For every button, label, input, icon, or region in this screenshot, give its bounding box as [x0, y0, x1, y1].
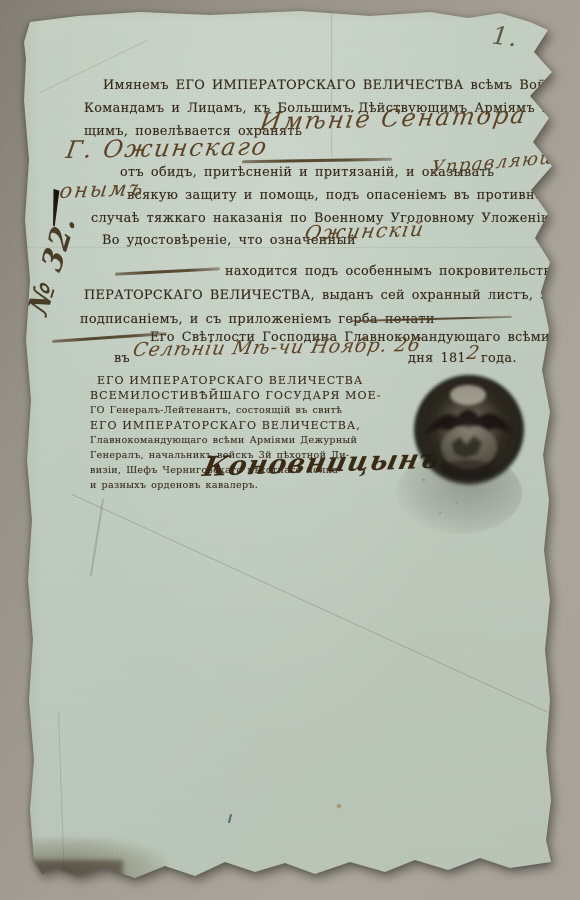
pencil-page-number: 1.	[490, 21, 519, 53]
crease-bottom-left	[58, 712, 66, 884]
stain-rust-dot	[336, 803, 342, 809]
printed-line-1: Имянемъ ЕГО ИМПЕРАТОРСКАГО ВЕЛИЧЕСТВА вс…	[103, 78, 580, 93]
stain-teal-fleck	[228, 814, 232, 823]
handwritten-year-digit: 2	[465, 342, 481, 364]
printed-line-9: ПЕРАТОРСКАГО ВЕЛИЧЕСТВА, выданъ сей охра…	[84, 288, 580, 303]
printed-date-prefix: въ	[114, 351, 130, 366]
crease-left-fold	[90, 498, 104, 575]
issuer-line-3: ГО Генералъ-Лейтенантъ, состоящiй въ сви…	[90, 405, 342, 416]
printed-line-8: находится подъ особеннымъ покровительств…	[225, 264, 580, 279]
handwritten-onym: онымъ	[58, 176, 146, 203]
stain-bottom-corner	[28, 860, 123, 878]
paper-shadow-wrap: 1. № 32. Имянемъ ЕГО ИМПЕРАТОРСКАГО ВЕЛИ…	[0, 0, 580, 900]
margin-register-number: № 32.	[19, 199, 85, 328]
handwritten-estate-name: Имѣнiе Сенатора	[258, 101, 529, 136]
double-headed-eagle-seal-icon	[410, 372, 528, 490]
printed-line-5: всякую защиту и помощь, подъ опасенiемъ …	[127, 188, 562, 203]
issuer-line-1: ЕГО ИМПЕРАТОРСКАГО ВЕЛИЧЕСТВА	[97, 374, 363, 387]
handwritten-place-date: Селѣнiи Мѣ-чи Ноябр. 26	[131, 334, 423, 361]
handwritten-certified-name: Ожинскiй	[303, 217, 427, 245]
stain-bottom-left	[26, 838, 166, 886]
photo-backdrop: 1. № 32. Имянемъ ЕГО ИМПЕРАТОРСКАГО ВЕЛИ…	[0, 0, 580, 900]
document-page: 1. № 32. Имянемъ ЕГО ИМПЕРАТОРСКАГО ВЕЛИ…	[0, 0, 580, 900]
handwritten-rule-before-protection	[115, 267, 220, 275]
issuer-line-4: ЕГО ИМПЕРАТОРСКАГО ВЕЛИЧЕСТВА,	[90, 419, 361, 432]
issuer-line-5: Главнокомандующаго всѣми Армiями Дежурны…	[90, 435, 357, 446]
imperial-seal	[410, 372, 528, 490]
handwritten-owner-name: Г. Ожинскаго	[64, 132, 270, 164]
issuer-line-2: ВСЕМИЛОСТИВѢЙШАГО ГОСУДАРЯ МОЕ-	[90, 389, 382, 402]
handwritten-manager: Управляющему	[430, 143, 580, 179]
printed-date-suffix: года.	[481, 351, 517, 366]
